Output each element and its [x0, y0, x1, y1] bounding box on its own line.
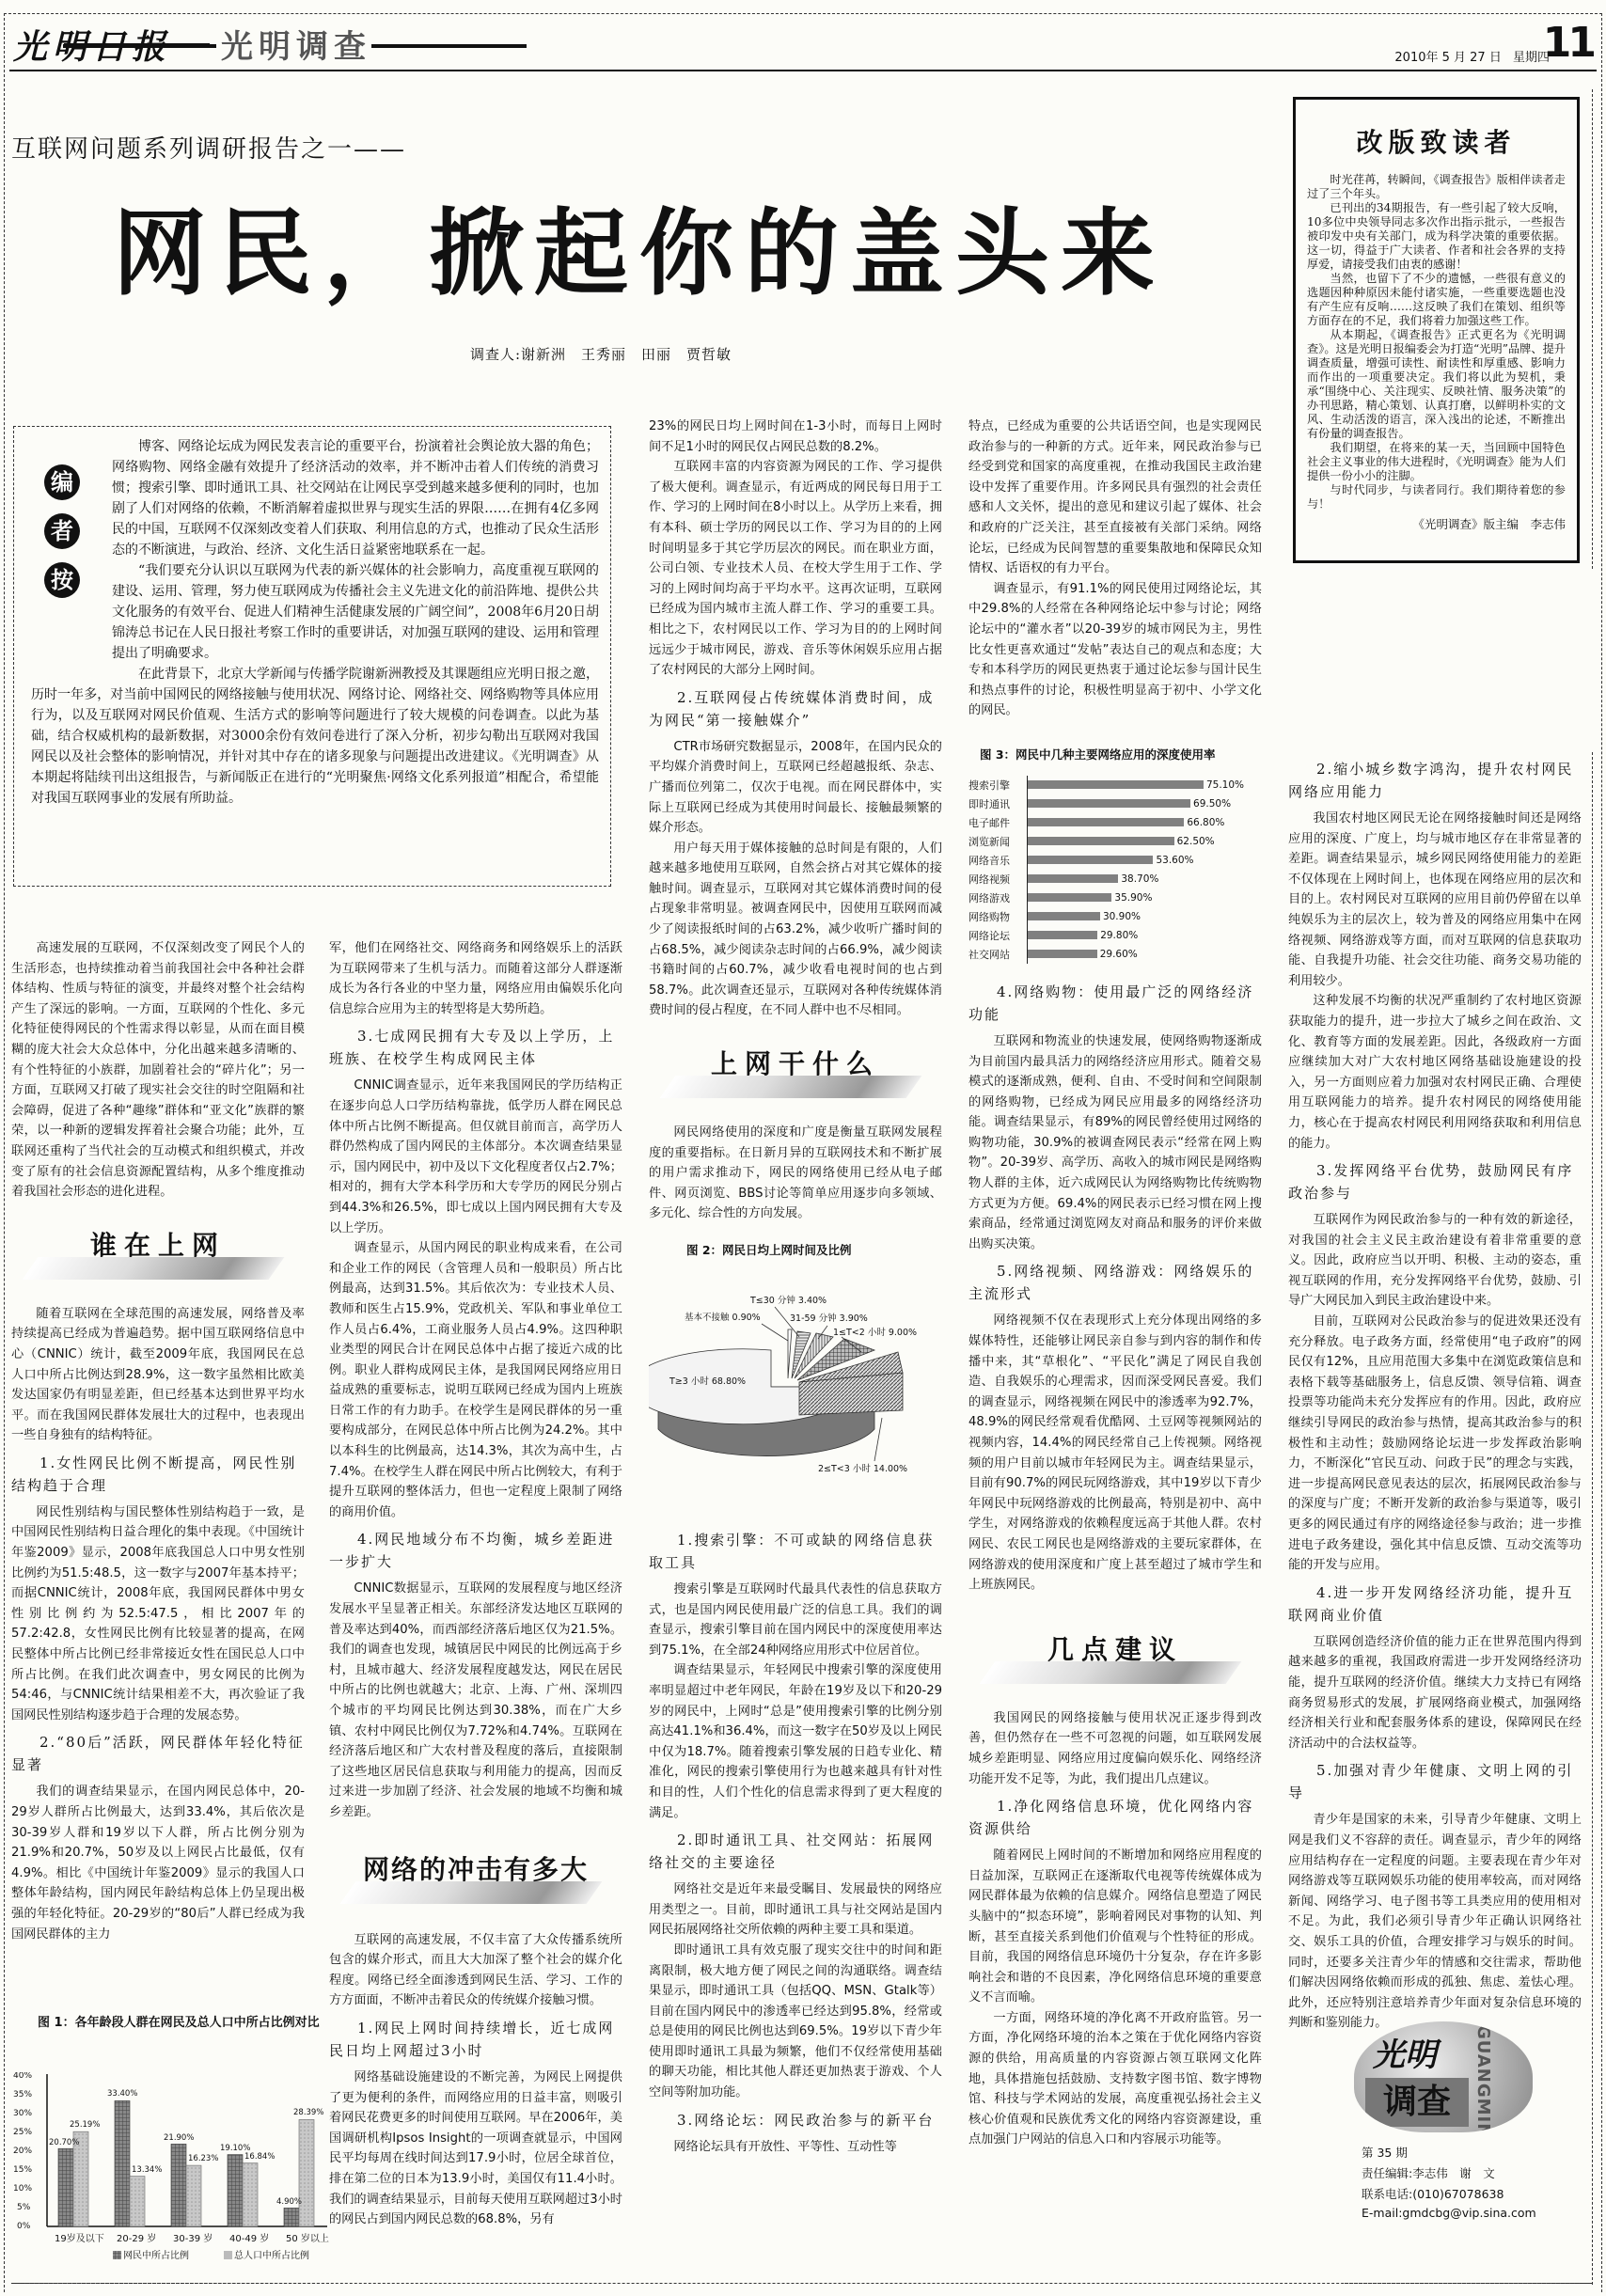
page-bottom-border: [11, 2283, 1593, 2284]
figure-3-chart: 搜索引擎75.10% 即时通讯69.50% 电子邮件66.80% 浏览新闻62.…: [968, 770, 1262, 967]
bar-row: 网络游戏35.90%: [968, 889, 1262, 907]
paragraph: 调查显示，有91.1%的网民使用过网络论坛，其中29.8%的人经常在各种网络论坛…: [968, 579, 1262, 721]
issue-date: 2010年 5 月 27 日: [1394, 51, 1501, 65]
pie-label: 2≤T<3 小时 14.00%: [818, 1463, 907, 1474]
bar-row: 浏览新闻62.50%: [968, 832, 1262, 851]
paragraph: 23%的网民日均上网时间在1-3小时，而每日上网时间不足1小时的网民仅占网民总数…: [649, 417, 942, 457]
badge-an: 按: [44, 562, 80, 598]
svg-text:25.19%: 25.19%: [70, 2120, 100, 2130]
badge-bian: 编: [44, 464, 80, 500]
section-banner-impact: 网络的冲击有多大: [329, 1844, 622, 1919]
contact-email[interactable]: E-mail:gmdcbg@vip.sina.com: [1362, 2206, 1536, 2220]
figure-2-title: 图 2：网民日均上网时间及比例: [686, 1241, 942, 1258]
svg-text:20-29 岁: 20-29 岁: [117, 2232, 156, 2244]
subheading: 2.缩小城乡数字鸿沟，提升农村网民网络应用能力: [1288, 758, 1582, 803]
section-title: 光明调查: [221, 21, 306, 67]
bar-label: 网络购物: [968, 909, 1027, 924]
paragraph: 网络基础设施建设的不断完善，为网民上网提供了更为便利的条件，而网络应用的日益丰富…: [329, 2068, 622, 2230]
bar-label: 网络论坛: [968, 928, 1027, 943]
page-right-border: [1601, 13, 1602, 2292]
colophon: 光明 调查 GUANGMING 第 35 期 责任编辑:李志伟 谢 文 联系电话…: [1345, 2021, 1591, 2284]
bar-track: 29.80%: [1027, 926, 1262, 945]
svg-text:16.23%: 16.23%: [188, 2154, 218, 2163]
banner-title: 上网干什么: [649, 1044, 942, 1081]
paragraph: CNNIC调查显示，近年来我国网民的学历结构正在逐步向总人口学历结构靠拢，低学历…: [329, 1076, 622, 1238]
figure-3: 图 3：网民中几种主要网络应用的深度使用率 搜索引擎75.10% 即时通讯69.…: [968, 746, 1262, 967]
paragraph: 用户每天用于媒体接触的总时间是有限的，人们越来越多地使用互联网，自然会挤占对其它…: [649, 839, 942, 1021]
subheading: 1.搜索引擎：不可或缺的网络信息获取工具: [649, 1529, 942, 1574]
paragraph: 军，他们在网络社交、网络商务和网络娱乐上的活跃为互联网带来了生机与活力。而随着这…: [329, 938, 622, 1019]
svg-text:15%: 15%: [13, 2165, 32, 2175]
editor-note-badges: 编 者 按: [44, 464, 82, 598]
byline: 调查人:谢新洲 王秀丽 田丽 贾哲敏: [470, 344, 732, 364]
editor-note-paragraph: 在此背景下，北京大学新闻与传播学院谢新洲教授及其课题组应光明日报之邀，历时一年多…: [31, 664, 599, 809]
pie-label: 31-59 分钟 3.90%: [790, 1313, 868, 1324]
series-label: 互联网问题系列调研报告之一——: [11, 130, 406, 165]
bar-track: 75.10%: [1027, 776, 1262, 794]
paragraph: CTR市场研究数据显示，2008年，在国内民众的平均媒介消费时间上，互联网已经超…: [649, 737, 942, 839]
paragraph: 随着互联网在全球范围的高速发展，网络普及率持续提高已经成为普遍趋势。据中国互联网…: [11, 1304, 305, 1446]
bar-row: 网络购物30.90%: [968, 907, 1262, 926]
section-banner-what: 上网干什么: [649, 1038, 942, 1113]
bar-value: 35.90%: [1114, 892, 1152, 904]
figure-3-title: 图 3：网民中几种主要网络应用的深度使用率: [980, 746, 1262, 763]
paragraph: 特点，已经成为重要的公共话语空间，也是实现网民政治参与的一种新的方式。近年来，网…: [968, 417, 1262, 579]
svg-text:40-49 岁: 40-49 岁: [229, 2232, 269, 2244]
masthead-underline: [9, 70, 1597, 71]
bar-row: 即时通讯69.50%: [968, 794, 1262, 813]
bar-value: 29.60%: [1100, 949, 1138, 960]
svg-text:0%: 0%: [17, 2222, 31, 2231]
svg-text:5%: 5%: [17, 2203, 31, 2212]
notice-paragraph: 与时代同步，与读者同行。我们期待着您的参与！: [1307, 483, 1566, 511]
paragraph: 青少年是国家的未来，引导青少年健康、文明上网是我们义不容辞的责任。调查显示，青少…: [1288, 1810, 1582, 2034]
svg-text:总人口中所占比例: 总人口中所占比例: [234, 2249, 309, 2261]
subheading: 5.网络视频、网络游戏：网络娱乐的主流形式: [968, 1260, 1262, 1305]
notice-paragraph: 当然，也留下了不少的遗憾，一些很有意义的选题因种种原因未能付诸实施，一些重要选题…: [1307, 272, 1566, 328]
editor-note-paragraph: 博客、网络论坛成为网民发表言论的重要平台，扮演着社会舆论放大器的角色；网络购物、…: [31, 436, 599, 560]
badge-zhe: 者: [44, 513, 80, 549]
bar-row: 搜索引擎75.10%: [968, 776, 1262, 794]
paragraph: 我国农村地区网民无论在网络接触时间还是网络应用的深度、广度上，均与城市地区存在非…: [1288, 809, 1582, 991]
subheading: 4.网络购物：使用最广泛的网络经济功能: [968, 981, 1262, 1026]
bar-fill: [1028, 931, 1097, 939]
pie-label: T≥3 小时 68.80%: [669, 1376, 746, 1387]
paragraph: 网民性别结构与国民整体性别结构趋于一致，是中国网民性别结构日益合理化的集中表现。…: [11, 1502, 305, 1726]
notice-right-dash: [1592, 89, 1593, 569]
bar-track: 69.50%: [1027, 794, 1262, 813]
bar-track: 53.60%: [1027, 851, 1262, 870]
notice-paragraph: 我们期望，在将来的某一天，当回顾中国特色社会主义事业的伟大进程时，《光明调查》能…: [1307, 441, 1566, 483]
notice-paragraph: 已刊出的34期报告，有一些引起了较大反响，10多位中央领导同志多次作出指示批示，…: [1307, 201, 1566, 272]
svg-text:19岁及以下: 19岁及以下: [55, 2232, 104, 2244]
paragraph: 我国网民的网络接触与使用状况正逐步得到改善，但仍然存在一些不可忽视的问题，如互联…: [968, 1708, 1262, 1789]
section-banner-suggestions: 几点建议: [968, 1624, 1262, 1699]
bar-label: 搜索引擎: [968, 778, 1027, 793]
svg-text:16.84%: 16.84%: [244, 2152, 275, 2162]
responsible-editors: 责任编辑:李志伟 谢 文: [1362, 2164, 1495, 2181]
paragraph: 即时通讯工具有效克服了现实交往中的时间和距离限制，极大地方便了网民之间的沟通联络…: [649, 1941, 942, 2103]
paragraph: 这种发展不均衡的状况严重制约了农村地区资源获取能力的提升，进一步拉大了城乡之间在…: [1288, 991, 1582, 1154]
bar-track: 66.80%: [1027, 813, 1262, 832]
bar-fill: [1028, 856, 1153, 864]
paragraph: 互联网的高速发展，不仅丰富了大众传播系统所包含的媒介形式，而且大大加深了整个社会…: [329, 1930, 622, 2011]
svg-text:网民中所占比例: 网民中所占比例: [123, 2249, 189, 2261]
column-5-right-dash: [1592, 752, 1593, 2285]
gmdc-logo: 光明 调查 GUANGMING: [1354, 2021, 1533, 2132]
bar-row: 社交网站29.60%: [968, 945, 1262, 964]
column-3: 23%的网民日均上网时间在1-3小时，而每日上网时间不足1小时的网民仅占网民总数…: [649, 417, 942, 2285]
pie-label: 基本不接触 0.90%: [685, 1312, 761, 1323]
banner-title: 谁在上网: [11, 1225, 305, 1263]
figure-1-box: 图 1：各年龄段人群在网民及总人口中所占比例对比 40%35%30%25%20%…: [13, 1993, 329, 2284]
paragraph: 互联网和物流业的快速发展，使网络购物逐渐成为目前国内最具活力的网络经济应用形式。…: [968, 1031, 1262, 1255]
bar-track: 62.50%: [1027, 832, 1262, 851]
subheading: 2.“80后”活跃，网民群体年轻化特征显著: [11, 1731, 305, 1776]
pie-label: T≤30 分钟 3.40%: [749, 1295, 827, 1306]
page-top-border: [4, 13, 1602, 14]
bar-fill: [1028, 818, 1184, 826]
bar-row: 网络视频38.70%: [968, 870, 1262, 889]
bar-row: 网络音乐53.60%: [968, 851, 1262, 870]
bar-fill: [1028, 912, 1100, 920]
page-left-border: [4, 13, 5, 2292]
svg-text:50 岁以上: 50 岁以上: [286, 2232, 329, 2244]
bar-label: 网络视频: [968, 872, 1027, 887]
section-banner-who: 谁在上网: [11, 1219, 305, 1295]
paragraph: 我们的调查结果显示，在国内网民总体中，20-29岁人群所占比例最大，达到33.4…: [11, 1782, 305, 1944]
editor-note-paragraph: “我们要充分认识以互联网为代表的新兴媒体的社会影响力，高度重视互联网的建设、运用…: [31, 560, 599, 664]
svg-text:20%: 20%: [13, 2147, 32, 2156]
bar-label: 浏览新闻: [968, 834, 1027, 849]
svg-text:4.90%: 4.90%: [276, 2197, 302, 2207]
bar-fill: [1028, 780, 1204, 789]
bar-fill: [1028, 893, 1111, 902]
subheading: 3.网络论坛：网民政治参与的新平台: [649, 2109, 942, 2131]
bar-value: 53.60%: [1156, 855, 1193, 866]
svg-text:35%: 35%: [13, 2090, 32, 2099]
notice-paragraph: 从本期起，《调查报告》正式更名为《光明调查》。这是光明日报编委会为打造“光明”品…: [1307, 328, 1566, 441]
bar-label: 网络音乐: [968, 853, 1027, 868]
main-headline: 网民，掀起你的盖头来: [113, 197, 1147, 310]
figure-2-pie: T≥3 小时 68.80% 2≤T<3 小时 14.00% 1≤T<2 小时 9…: [649, 1269, 942, 1504]
paragraph: 搜索引擎是互联网时代最具代表性的信息获取方式，也是国内网民使用最广泛的信息工具。…: [649, 1580, 942, 1660]
bar-value: 69.50%: [1193, 798, 1231, 810]
subheading: 1.女性网民比例不断提高，网民性别结构趋于合理: [11, 1452, 305, 1497]
issue-number: 第 35 期: [1362, 2144, 1408, 2161]
column-4: 特点，已经成为重要的公共话语空间，也是实现网民政治参与的一种新的方式。近年来，网…: [968, 417, 1262, 2285]
bar-fill: [1028, 874, 1118, 883]
logo-bottom-text: 调查: [1365, 2078, 1469, 2127]
paragraph: 目前，互联网对公民政治参与的促进效果还没有充分释放。电子政务方面，经常使用“电子…: [1288, 1312, 1582, 1576]
bar-value: 66.80%: [1187, 817, 1224, 828]
right-rule: [371, 44, 527, 48]
figure-1-title: 图 1：各年龄段人群在网民及总人口中所占比例对比: [38, 2014, 322, 2033]
bar-fill: [1028, 950, 1097, 958]
logo-side-text: GUANGMING: [1471, 2025, 1493, 2132]
notice-paragraph: 时光荏苒，转瞬间，《调查报告》版相伴读者走过了三个年头。: [1307, 173, 1566, 201]
subheading: 1.网民上网时间持续增长，近七成网民日均上网超过3小时: [329, 2017, 622, 2062]
pie-label: 1≤T<2 小时 9.00%: [833, 1327, 917, 1338]
bar-value: 62.50%: [1177, 836, 1215, 847]
notice-signature: 《光明调查》版主编 李志伟: [1307, 515, 1566, 532]
bar-track: 35.90%: [1027, 889, 1262, 907]
paragraph: 随着网民上网时间的不断增加和网络应用程度的日益加深，互联网正在逐渐取代电视等传统…: [968, 1846, 1262, 2008]
svg-text:21.90%: 21.90%: [164, 2133, 194, 2143]
svg-text:10%: 10%: [13, 2184, 32, 2194]
column-2: 军，他们在网络社交、网络商务和网络娱乐上的活跃为互联网带来了生机与活力。而随着这…: [329, 938, 622, 2285]
paragraph: 网民网络使用的深度和广度是衡量互联网发展程度的重要指标。在日新月异的互联网技术和…: [649, 1123, 942, 1224]
paragraph: 网络视频不仅在表现形式上充分体现出网络的多媒体特性，还能够让网民亲自参与到内容的…: [968, 1311, 1262, 1595]
subheading: 2.互联网侵占传统媒体消费时间，成为网民“第一接触媒介”: [649, 686, 942, 731]
figure-2: 图 2：网民日均上网时间及比例 T≥3 小时 68.80%: [649, 1241, 942, 1523]
subheading: 3.发挥网络平台优势，鼓励网民有序政治参与: [1288, 1159, 1582, 1204]
paragraph: 调查结果显示，年轻网民中搜索引擎的深度使用率明显超过中老年网民，年龄在19岁及以…: [649, 1660, 942, 1823]
page-number: 11: [1543, 19, 1593, 67]
subheading: 1.净化网络信息环境，优化网络内容资源供给: [968, 1795, 1262, 1840]
intro-paragraph: 高速发展的互联网，不仅深刻改变了网民个人的生活形态，也持续推动着当前我国社会中各…: [11, 938, 305, 1203]
logo-top-text: 光明: [1373, 2029, 1437, 2075]
paragraph: 网络社交是近年来最受瞩目、发展最快的网络应用类型之一。目前，即时通讯工具与社交网…: [649, 1879, 942, 1941]
paragraph: 互联网作为网民政治参与的一种有效的新途径，对我国的社会主义民主政治建设有着非常重…: [1288, 1210, 1582, 1312]
bar-label: 网络游戏: [968, 890, 1027, 905]
paragraph: CNNIC数据显示，互联网的发展程度与地区经济发展水平呈显著正相关。东部经济发达…: [329, 1579, 622, 1822]
bar-value: 75.10%: [1206, 779, 1244, 791]
masthead: 光明日报 光明调查 2010年 5 月 27 日 星期四 11: [9, 17, 1598, 71]
paragraph: 调查显示，从国内网民的职业构成来看，在公司和企业工作的网民（含管理人员和一般职员…: [329, 1238, 622, 1522]
svg-text:28.39%: 28.39%: [293, 2108, 323, 2117]
bar-track: 29.60%: [1027, 945, 1262, 964]
subheading: 3.七成网民拥有大专及以上学历，上班族、在校学生构成网民主体: [329, 1025, 622, 1070]
bar-label: 社交网站: [968, 947, 1027, 962]
column-5: 2.缩小城乡数字鸿沟，提升农村网民网络应用能力 我国农村地区网民无论在网络接触时…: [1288, 752, 1582, 2050]
date-line: 2010年 5 月 27 日 星期四: [1394, 47, 1550, 65]
subheading: 4.进一步开发网络经济功能，提升互联网商业价值: [1288, 1581, 1582, 1627]
subheading: 4.网民地域分布不均衡，城乡差距进一步扩大: [329, 1528, 622, 1573]
paragraph: 互联网丰富的内容资源为网民的工作、学习提供了极大便利。调查显示，有近两成的网民每…: [649, 457, 942, 681]
paragraph: 一方面，网络环境的净化离不开政府监管。另一方面，净化网络环境的治本之策在于优化网…: [968, 2008, 1262, 2150]
svg-text:25%: 25%: [13, 2128, 32, 2137]
bar-track: 30.90%: [1027, 907, 1262, 926]
svg-text:30%: 30%: [13, 2109, 32, 2118]
contact-phone: 联系电话:(010)67078638: [1362, 2185, 1504, 2202]
bar-track: 38.70%: [1027, 870, 1262, 889]
svg-text:40%: 40%: [13, 2072, 32, 2081]
bar-row: 电子邮件66.80%: [968, 813, 1262, 832]
notice-title: 改版致读者: [1307, 122, 1566, 160]
figure-1-chart: 40%35%30%25%20%15%10%5%0% 20.70%25.19% 3…: [13, 2072, 329, 2279]
svg-text:13.34%: 13.34%: [132, 2165, 162, 2175]
bar-row: 网络论坛29.80%: [968, 926, 1262, 945]
editor-note-box: 编 者 按 博客、网络论坛成为网民发表言论的重要平台，扮演着社会舆论放大器的角色…: [13, 426, 611, 887]
svg-text:20.70%: 20.70%: [49, 2138, 79, 2147]
paragraph: 网络论坛具有开放性、平等性、互动性等: [649, 2137, 942, 2158]
bar-value: 29.80%: [1100, 930, 1138, 941]
bar-fill: [1028, 799, 1190, 808]
svg-text:30-39 岁: 30-39 岁: [173, 2232, 213, 2244]
bar-label: 即时通讯: [968, 796, 1027, 811]
bar-fill: [1028, 837, 1174, 845]
svg-text:33.40%: 33.40%: [107, 2089, 137, 2099]
notice-box: 改版致读者 时光荏苒，转瞬间，《调查报告》版相伴读者走过了三个年头。 已刊出的3…: [1293, 97, 1580, 563]
bar-label: 电子邮件: [968, 815, 1027, 830]
bar-value: 30.90%: [1103, 911, 1141, 922]
subheading: 2.即时通讯工具、社交网站：拓展网络社交的主要途径: [649, 1829, 942, 1874]
paragraph: 互联网创造经济价值的能力正在世界范围内得到越来越多的重视，我国政府需进一步开发网…: [1288, 1632, 1582, 1754]
banner-title: 几点建议: [968, 1629, 1262, 1667]
banner-title: 网络的冲击有多大: [329, 1849, 622, 1887]
subheading: 5.加强对青少年健康、文明上网的引导: [1288, 1759, 1582, 1804]
bar-value: 38.70%: [1121, 873, 1158, 885]
left-rule: [63, 44, 216, 48]
column-1: 高速发展的互联网，不仅深刻改变了网民个人的生活形态，也持续推动着当前我国社会中各…: [11, 938, 305, 1984]
